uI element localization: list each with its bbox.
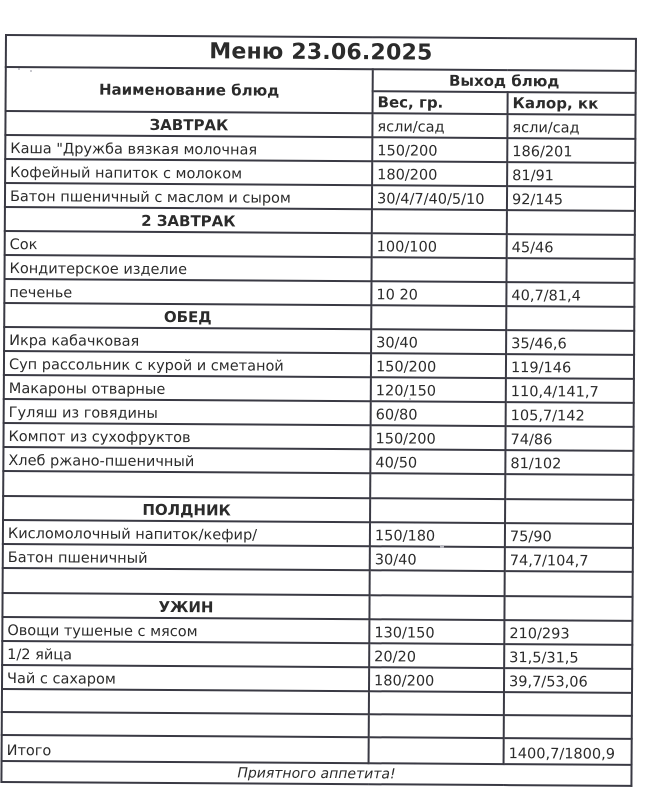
dish-name: Компот из сухофруктов: [3, 423, 370, 449]
header-calories: Калор, кк: [508, 92, 636, 115]
header-weight: Вес, гр.: [373, 91, 508, 114]
header-row-1: Наименование блюд Выход блюд: [6, 67, 636, 93]
dish-calories: 92/145: [507, 186, 635, 211]
dish-weight: [370, 570, 505, 596]
total-weight: [369, 737, 504, 764]
dish-weight: [372, 209, 507, 234]
dish-weight: [370, 498, 505, 523]
header-dish-name: Наименование блюд: [6, 67, 373, 113]
dish-calories: [505, 499, 633, 524]
dish-name: Суп рассольник с курой и сметаной: [4, 351, 371, 377]
page-title: Меню 23.06.2025: [6, 35, 636, 71]
dish-weight: 130/150: [369, 619, 504, 644]
dish-calories: 74/86: [505, 426, 633, 451]
dish-name: Овощи тушеные с мясом: [2, 617, 369, 643]
dish-calories: 105,7/142: [506, 402, 634, 427]
dish-weight: 150/200: [372, 137, 507, 162]
menu-table: Меню 23.06.2025 Наименование блюд Выход …: [0, 34, 637, 787]
dish-calories: 45/46: [507, 234, 635, 259]
dish-weight: 180/200: [372, 161, 507, 186]
dish-weight: 40/50: [370, 449, 505, 474]
dish-weight: [369, 691, 504, 715]
dish-name: Макароны отварные: [4, 375, 371, 401]
scan-speck: [30, 70, 32, 72]
footer-row: Приятного аппетита!: [1, 761, 631, 786]
dish-name: [3, 471, 370, 498]
section-title: ПОЛДНИК: [3, 496, 370, 522]
dish-calories: 75/90: [505, 523, 633, 548]
dish-weight: [369, 714, 504, 738]
dish-weight: 10 20: [371, 281, 506, 306]
total-calories: 1400,7/1800,9: [504, 738, 632, 765]
dish-calories: [506, 306, 634, 331]
section-title: УЖИН: [2, 593, 369, 619]
dish-weight: [371, 305, 506, 330]
dish-calories: ясли/сад: [507, 114, 635, 139]
dish-name: [3, 568, 370, 595]
dish-calories: 110,4/141,7: [506, 378, 634, 403]
dish-weight: 30/40: [370, 546, 505, 571]
dish-weight: 120/150: [371, 377, 506, 402]
dish-calories: [505, 474, 633, 500]
dish-name: 1/2 яйца: [2, 641, 369, 667]
dish-weight: [370, 473, 505, 499]
section-title: ОБЕД: [4, 303, 371, 329]
scan-speck: [440, 545, 444, 548]
dish-name: Хлеб ржано-пшеничный: [3, 447, 370, 473]
dish-calories: [506, 258, 634, 283]
total-label: Итого: [2, 735, 369, 763]
dish-calories: 31,5/31,5: [504, 644, 632, 669]
dish-calories: [504, 715, 632, 739]
dish-name: Икра кабачковая: [4, 327, 371, 353]
dish-weight: [369, 595, 504, 620]
dish-name: Кондитерское изделие: [5, 255, 372, 281]
title-row: Меню 23.06.2025: [6, 35, 636, 71]
footer-message: Приятного аппетита!: [1, 761, 631, 786]
dish-weight: [371, 257, 506, 282]
empty-row: [3, 568, 633, 597]
dish-name: Кофейный напиток с молоком: [5, 159, 372, 185]
dish-calories: [505, 571, 633, 597]
dish-weight: 60/80: [371, 401, 506, 426]
dish-name: [2, 712, 369, 737]
section-title: ЗАВТРАК: [5, 111, 372, 137]
menu-sheet: Меню 23.06.2025 Наименование блюд Выход …: [0, 34, 635, 787]
scan-speck: [409, 398, 411, 400]
dish-weight: 150/180: [370, 522, 505, 547]
dish-calories: 210/293: [504, 620, 632, 645]
dish-calories: [504, 692, 632, 716]
header-yield: Выход блюд: [373, 69, 636, 93]
dish-name: Батон пшеничный: [3, 544, 370, 570]
dish-name: [2, 689, 369, 714]
dish-calories: 74,7/104,7: [505, 547, 633, 572]
dish-calories: 119/146: [506, 354, 634, 379]
dish-name: Каша "Дружба вязкая молочная: [5, 135, 372, 161]
dish-weight: 30/40: [371, 329, 506, 354]
scan-speck: [18, 68, 20, 70]
dish-weight: 30/4/7/40/5/10: [372, 185, 507, 210]
dish-name: Гуляш из говядины: [4, 399, 371, 425]
dish-name: Сок: [5, 231, 372, 257]
dish-calories: [504, 596, 632, 621]
empty-row: [3, 471, 633, 500]
dish-calories: [507, 210, 635, 235]
dish-calories: 81/102: [505, 450, 633, 475]
total-row: Итого1400,7/1800,9: [2, 735, 632, 765]
dish-calories: 35/46,6: [506, 330, 634, 355]
dish-weight: 100/100: [372, 233, 507, 258]
dish-calories: 39,7/53,06: [504, 668, 632, 693]
dish-name: Кисломолочный напиток/кефир/: [3, 520, 370, 546]
dish-name: печенье: [4, 279, 371, 305]
dish-weight: ясли/сад: [372, 113, 507, 138]
dish-name: Чай с сахаром: [2, 665, 369, 691]
dish-weight: 150/200: [370, 425, 505, 450]
dish-calories: 186/201: [507, 138, 635, 163]
dish-calories: 81/91: [507, 162, 635, 187]
dish-name: Батон пшеничный с маслом и сыром: [5, 183, 372, 209]
dish-weight: 20/20: [369, 643, 504, 668]
dish-weight: 180/200: [369, 667, 504, 692]
dish-calories: 40,7/81,4: [506, 282, 634, 307]
dish-weight: 150/200: [371, 353, 506, 378]
section-title: 2 ЗАВТРАК: [5, 207, 372, 233]
